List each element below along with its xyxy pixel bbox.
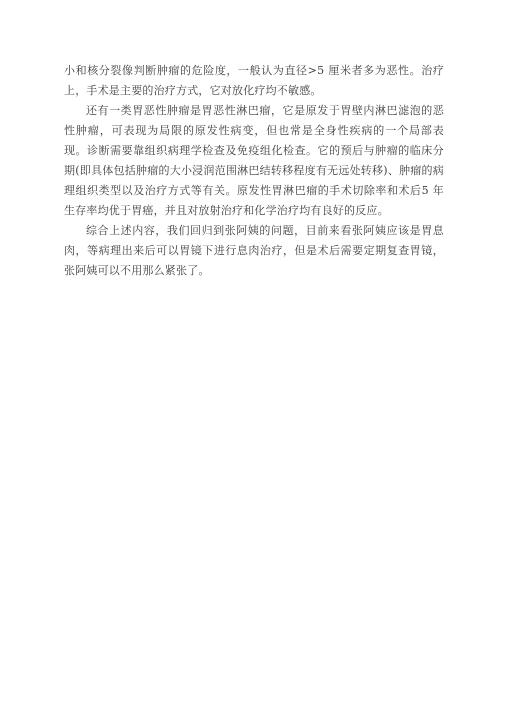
article-body: 小和核分裂像判断肿瘤的危险度，一般认为直径>5 厘米者多为恶性。治疗上，手术是主… [64,61,444,281]
paragraph-1: 小和核分裂像判断肿瘤的危险度，一般认为直径>5 厘米者多为恶性。治疗上，手术是主… [64,61,444,101]
paragraph-3: 综合上述内容，我们回归到张阿姨的问题，目前来看张阿姨应该是胃息肉，等病理出来后可… [64,221,444,281]
paragraph-2: 还有一类胃恶性肿瘤是胃恶性淋巴瘤，它是原发于胃壁内淋巴滤泡的恶性肿瘤，可表现为局… [64,101,444,221]
document-page: 小和核分裂像判断肿瘤的危险度，一般认为直径>5 厘米者多为恶性。治疗上，手术是主… [0,0,508,720]
